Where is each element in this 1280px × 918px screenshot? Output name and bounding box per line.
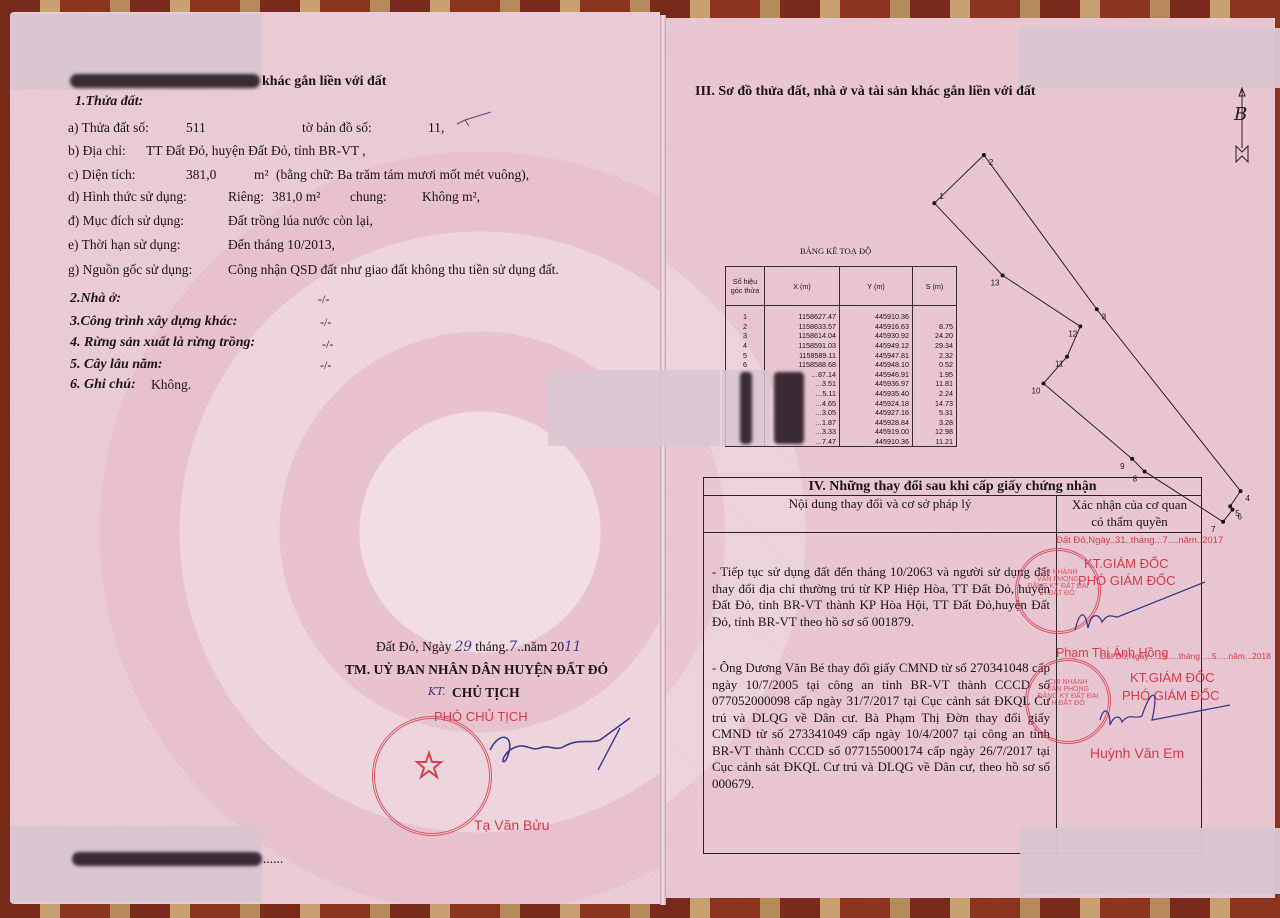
redaction-bottom-right: [1020, 828, 1280, 894]
coordinate-table-title: BẢNG KÊ TOẠ ĐỘ: [800, 246, 871, 256]
book-spine: [660, 15, 666, 905]
coordinate-cell: 5: [726, 350, 765, 360]
confirm2-date: Đất Đỏ,Ngày....15.....tháng.....5.....nă…: [1100, 652, 1271, 661]
changes-col1-header: Nội dung thay đổi và cơ sở pháp lý: [704, 496, 1056, 533]
date-month: 7: [509, 639, 518, 655]
field-value-parcel-no: 511: [186, 121, 206, 135]
svg-text:10: 10: [1032, 386, 1041, 395]
kt-mark: KT.: [428, 686, 445, 697]
item-label-perennial: 5. Cây lâu năm:: [70, 358, 163, 372]
coordinate-cell: 1158588.68: [765, 360, 840, 370]
svg-text:12: 12: [1068, 329, 1077, 338]
changes-col2-header: Xác nhận của cơ quan có thẩm quyền: [1056, 496, 1202, 533]
svg-text:7: 7: [1211, 525, 1216, 534]
date-month-label: tháng.: [475, 639, 508, 654]
item-label-house: 2.Nhà ở:: [70, 292, 121, 306]
item-value-note: Không.: [151, 378, 191, 392]
field-value-address: TT Đất Đỏ, huyện Đất Đỏ, tỉnh BR-VT ,: [146, 144, 366, 158]
item-value-construction: -/-: [320, 316, 331, 328]
coordinate-cell: 6: [726, 360, 765, 370]
signature-mark: [470, 710, 640, 780]
svg-text:3: 3: [1102, 312, 1107, 321]
north-arrow-label: B: [1234, 106, 1247, 124]
item-value-forest: -/-: [322, 338, 333, 350]
confirm2-signature: [1090, 680, 1230, 750]
signer-name: Tạ Văn Bửu: [474, 818, 550, 832]
item-value-house: -/-: [318, 293, 329, 305]
signer-role: CHỦ TỊCH: [452, 686, 520, 700]
coordinate-cell: 4: [726, 341, 765, 351]
changes-table: IV. Những thay đổi sau khi cấp giấy chứn…: [703, 477, 1202, 854]
confirm1-date: Đất Đỏ,Ngày..31..tháng...7....năm..2017: [1056, 536, 1223, 546]
change-entry-2: - Ông Dương Văn Bé thay đổi giấy CMND từ…: [712, 660, 1050, 792]
diagram-heading: III. Sơ đồ thửa đất, nhà ở và tài sản kh…: [695, 85, 1036, 99]
change-entry-1: - Tiếp tục sử dụng đất đến tháng 10/2063…: [712, 564, 1050, 630]
coordinate-cell: 3: [726, 331, 765, 341]
field-label-term: e) Thời hạn sử dụng:: [68, 238, 180, 252]
redaction-center: [548, 370, 720, 446]
item-value-perennial: -/-: [320, 359, 331, 371]
confirm1-signature: [1070, 580, 1210, 640]
redaction-top-right: [1018, 28, 1280, 88]
field-label-parcel-no: a) Thửa đất số:: [68, 121, 149, 135]
field-label-private: Riêng:: [228, 190, 264, 204]
redacted-heading-text: [70, 74, 260, 88]
redacted-vertex-numbers: [740, 372, 752, 444]
coordinate-cell: 1: [726, 306, 765, 322]
field-label-shared: chung:: [350, 190, 387, 204]
parcel-diagram: 12345678910111213: [900, 120, 1200, 480]
field-value-private: 381,0 m²: [272, 190, 320, 204]
redacted-footer-text: [72, 852, 262, 866]
svg-text:6: 6: [1237, 513, 1242, 522]
col2-header-line2: có thẩm quyền: [1057, 513, 1202, 530]
date-year-suffix: 11: [564, 639, 581, 655]
field-value-origin: Công nhận QSD đất như giao đất không thu…: [228, 263, 559, 277]
svg-text:4: 4: [1246, 494, 1251, 503]
svg-text:9: 9: [1120, 462, 1125, 471]
pen-mark-icon: [455, 110, 495, 130]
date-day: 29: [455, 639, 472, 655]
redacted-x-values: [774, 372, 804, 444]
item-label-forest: 4. Rừng sản xuất là rừng trồng:: [70, 336, 255, 350]
svg-text:1: 1: [939, 192, 944, 201]
field-label-address: b) Địa chỉ:: [68, 144, 126, 158]
authority-title: TM. UỶ BAN NHÂN DÂN HUYỆN ĐẤT ĐỎ: [345, 663, 608, 677]
coordinate-cell: 1158591.03: [765, 341, 840, 351]
col2-header-line1: Xác nhận của cơ quan: [1057, 496, 1202, 513]
footer-dots: ......: [263, 852, 283, 866]
confirm2-signer: Huỳnh Văn Em: [1090, 746, 1184, 760]
coordinate-cell: 1158614.04: [765, 331, 840, 341]
parcel-heading: 1.Thửa đất:: [75, 95, 143, 109]
changes-title: IV. Những thay đổi sau khi cấp giấy chứn…: [704, 478, 1201, 496]
item-label-note: 6. Ghi chú:: [70, 378, 136, 392]
field-value-map-sheet: 11,: [428, 121, 444, 135]
coordinate-cell: 1158627.47: [765, 306, 840, 322]
field-area-in-words: (bằng chữ: Ba trăm tám mươi mốt mét vuôn…: [276, 168, 529, 182]
svg-text:11: 11: [1055, 360, 1064, 369]
col-header-x: X (m): [765, 267, 840, 306]
field-value-shared: Không m²,: [422, 190, 480, 204]
date-year-label: ..năm 20: [517, 639, 564, 654]
date-prefix: Đất Đỏ, Ngày: [376, 639, 451, 654]
field-value-term: Đến tháng 10/2013,: [228, 238, 335, 252]
coordinate-cell: 1158589.11: [765, 350, 840, 360]
field-label-map-sheet: tờ bản đồ số:: [302, 121, 372, 135]
item-label-construction: 3.Công trình xây dựng khác:: [70, 315, 237, 329]
col-header-vertex: Số hiệu góc thửa: [726, 267, 765, 306]
field-value-area: 381,0: [186, 168, 216, 182]
field-label-usage-form: d) Hình thức sử dụng:: [68, 190, 187, 204]
coordinate-cell: 2: [726, 322, 765, 332]
issue-date-line: Đất Đỏ, Ngày 29 tháng.7..năm 2011: [376, 640, 581, 655]
field-label-purpose: đ) Mục đích sử dụng:: [68, 214, 184, 228]
section-heading: khác gắn liền với đất: [262, 75, 386, 89]
field-label-area: c) Diện tích:: [68, 168, 135, 182]
svg-text:13: 13: [991, 278, 1000, 287]
field-unit-area: m²: [254, 168, 269, 182]
field-value-purpose: Đất trồng lúa nước còn lại,: [228, 214, 373, 228]
seal1-line1: CHI NHÁNH: [1018, 569, 1098, 576]
svg-text:2: 2: [989, 158, 994, 167]
north-arrow-icon: [1230, 88, 1254, 168]
coordinate-cell: 1158633.57: [765, 322, 840, 332]
seal-star-icon: [416, 752, 442, 778]
field-label-origin: g) Nguồn gốc sử dụng:: [68, 263, 192, 277]
